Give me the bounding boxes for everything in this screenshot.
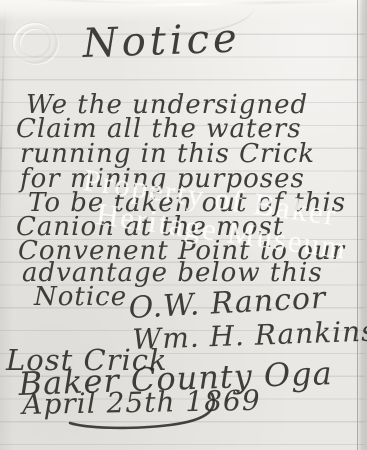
underline-flourish [60, 392, 230, 437]
body-line: Notice [34, 284, 127, 310]
handwritten-notice-page: Notice We the undersigned Claim all the … [0, 0, 367, 450]
paper-edge [357, 0, 367, 450]
embossed-seal-inner [19, 28, 51, 58]
embossed-seal [12, 22, 58, 64]
page-title: Notice [82, 18, 241, 63]
